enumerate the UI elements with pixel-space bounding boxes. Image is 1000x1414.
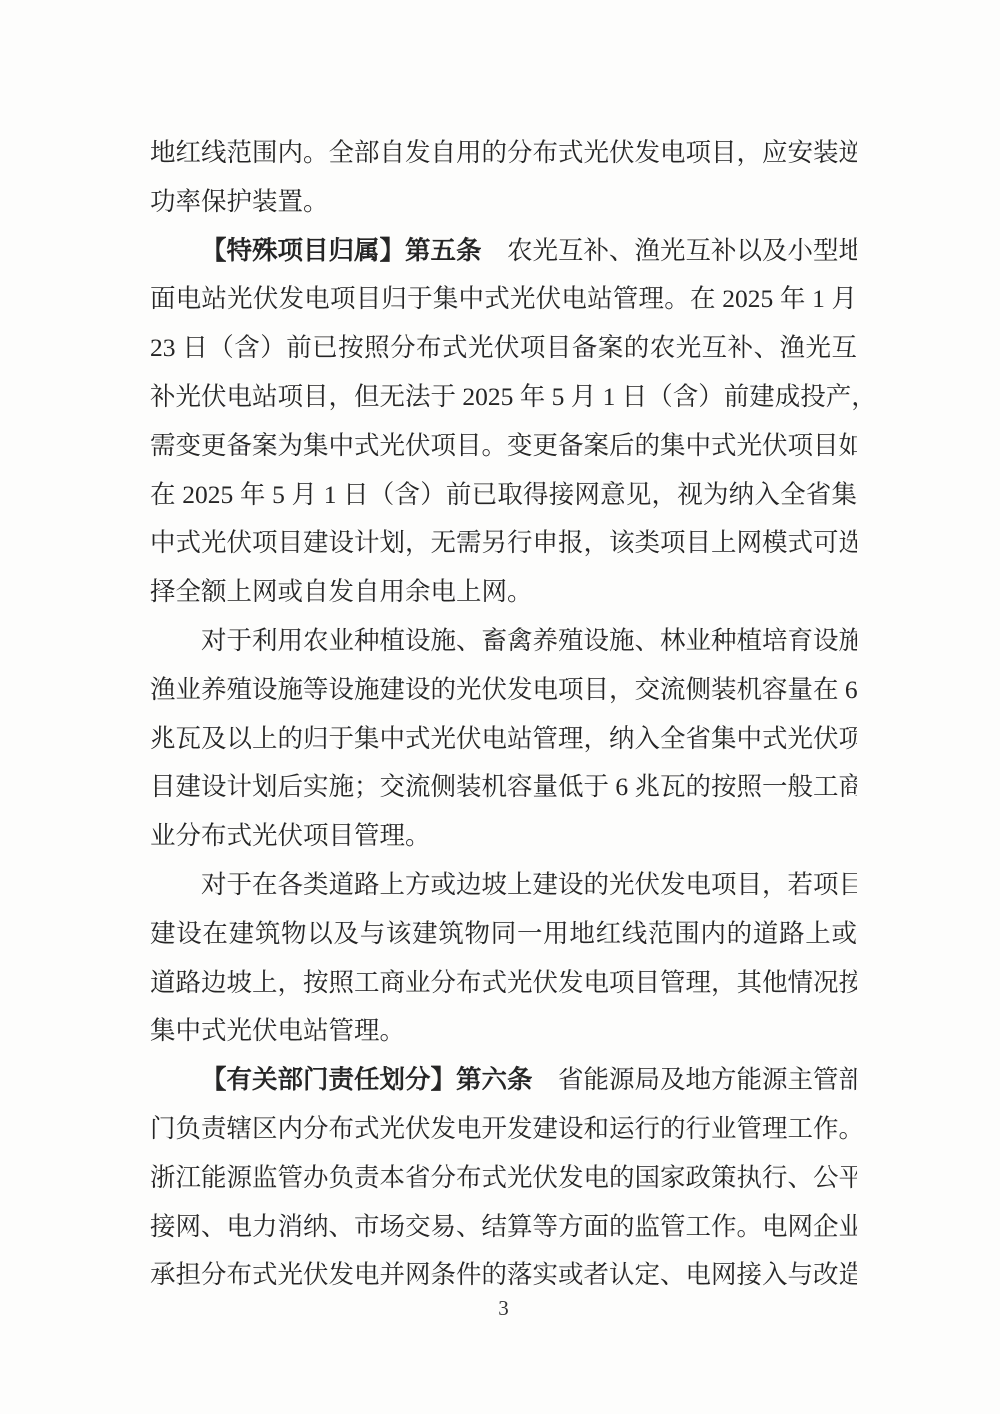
text-line: 地红线范围内。全部自发自用的分布式光伏发电项目，应安装逆 bbox=[150, 129, 857, 178]
text-line: 业分布式光伏项目管理。 bbox=[150, 812, 857, 861]
text-line: 接网、电力消纳、市场交易、结算等方面的监管工作。电网企业 bbox=[150, 1203, 857, 1252]
text-line: 承担分布式光伏发电并网条件的落实或者认定、电网接入与改造 bbox=[150, 1251, 857, 1300]
text-segment: 目建设计划后实施；交流侧装机容量低于 6 兆瓦的按照一般工商 bbox=[150, 772, 857, 801]
page-footer: 3 bbox=[150, 1296, 857, 1321]
text-line: 浙江能源监管办负责本省分布式光伏发电的国家政策执行、公平 bbox=[150, 1154, 857, 1203]
text-line: 建设在建筑物以及与该建筑物同一用地红线范围内的道路上或 bbox=[150, 910, 857, 959]
text-segment: 对于利用农业种植设施、畜禽养殖设施、林业种植培育设施、 bbox=[201, 626, 857, 655]
text-line: 对于在各类道路上方或边坡上建设的光伏发电项目，若项目 bbox=[150, 861, 857, 910]
text-line: 【有关部门责任划分】第六条 省能源局及地方能源主管部 bbox=[150, 1056, 857, 1105]
text-segment: 在 2025 年 5 月 1 日（含）前已取得接网意见，视为纳入全省集 bbox=[150, 480, 857, 509]
text-segment: 建设在建筑物以及与该建筑物同一用地红线范围内的道路上或 bbox=[150, 919, 857, 948]
text-segment: 渔业养殖设施等设施建设的光伏发电项目，交流侧装机容量在 6 bbox=[150, 675, 857, 704]
text-segment: 中式光伏项目建设计划，无需另行申报，该类项目上网模式可选 bbox=[150, 528, 857, 557]
text-segment: 道路边坡上，按照工商业分布式光伏发电项目管理，其他情况按 bbox=[150, 968, 857, 997]
text-segment: 23 日（含）前已按照分布式光伏项目备案的农光互补、渔光互 bbox=[150, 333, 857, 362]
text-line: 补光伏电站项目，但无法于 2025 年 5 月 1 日（含）前建成投产， bbox=[150, 373, 857, 422]
text-line: 择全额上网或自发自用余电上网。 bbox=[150, 568, 857, 617]
text-segment: 浙江能源监管办负责本省分布式光伏发电的国家政策执行、公平 bbox=[150, 1163, 857, 1192]
text-line: 门负责辖区内分布式光伏发电开发建设和运行的行业管理工作。 bbox=[150, 1105, 857, 1154]
text-line: 在 2025 年 5 月 1 日（含）前已取得接网意见，视为纳入全省集 bbox=[150, 471, 857, 520]
text-segment: 门负责辖区内分布式光伏发电开发建设和运行的行业管理工作。 bbox=[150, 1114, 857, 1143]
text-segment: 集中式光伏电站管理。 bbox=[150, 1016, 405, 1045]
text-line: 目建设计划后实施；交流侧装机容量低于 6 兆瓦的按照一般工商 bbox=[150, 763, 857, 812]
text-line: 中式光伏项目建设计划，无需另行申报，该类项目上网模式可选 bbox=[150, 519, 857, 568]
text-line: 23 日（含）前已按照分布式光伏项目备案的农光互补、渔光互 bbox=[150, 324, 857, 373]
text-segment: 功率保护装置。 bbox=[150, 187, 329, 216]
text-line: 集中式光伏电站管理。 bbox=[150, 1007, 857, 1056]
text-segment: 兆瓦及以上的归于集中式光伏电站管理，纳入全省集中式光伏项 bbox=[150, 724, 857, 753]
text-segment: 面电站光伏发电项目归于集中式光伏电站管理。在 2025 年 1 月 bbox=[150, 284, 857, 313]
document-content: 地红线范围内。全部自发自用的分布式光伏发电项目，应安装逆功率保护装置。【特殊项目… bbox=[150, 129, 857, 1300]
text-line: 需变更备案为集中式光伏项目。变更备案后的集中式光伏项目如 bbox=[150, 422, 857, 471]
text-segment: 择全额上网或自发自用余电上网。 bbox=[150, 577, 533, 606]
text-line: 面电站光伏发电项目归于集中式光伏电站管理。在 2025 年 1 月 bbox=[150, 275, 857, 324]
page-number: 3 bbox=[498, 1296, 509, 1320]
text-segment: 业分布式光伏项目管理。 bbox=[150, 821, 431, 850]
clause-heading: 【有关部门责任划分】第六条 bbox=[201, 1065, 533, 1094]
document-page: 地红线范围内。全部自发自用的分布式光伏发电项目，应安装逆功率保护装置。【特殊项目… bbox=[0, 0, 1000, 1414]
text-segment: 接网、电力消纳、市场交易、结算等方面的监管工作。电网企业 bbox=[150, 1212, 857, 1241]
text-line: 道路边坡上，按照工商业分布式光伏发电项目管理，其他情况按 bbox=[150, 959, 857, 1008]
text-segment: 补光伏电站项目，但无法于 2025 年 5 月 1 日（含）前建成投产， bbox=[150, 382, 857, 411]
text-segment: 承担分布式光伏发电并网条件的落实或者认定、电网接入与改造 bbox=[150, 1260, 857, 1289]
text-segment: 对于在各类道路上方或边坡上建设的光伏发电项目，若项目 bbox=[201, 870, 857, 899]
text-segment: 需变更备案为集中式光伏项目。变更备案后的集中式光伏项目如 bbox=[150, 431, 857, 460]
text-line: 对于利用农业种植设施、畜禽养殖设施、林业种植培育设施、 bbox=[150, 617, 857, 666]
text-segment: 地红线范围内。全部自发自用的分布式光伏发电项目，应安装逆 bbox=[150, 138, 857, 167]
text-segment: 省能源局及地方能源主管部 bbox=[533, 1065, 857, 1094]
text-line: 【特殊项目归属】第五条 农光互补、渔光互补以及小型地 bbox=[150, 227, 857, 276]
text-line: 渔业养殖设施等设施建设的光伏发电项目，交流侧装机容量在 6 bbox=[150, 666, 857, 715]
text-line: 兆瓦及以上的归于集中式光伏电站管理，纳入全省集中式光伏项 bbox=[150, 715, 857, 764]
clause-heading: 【特殊项目归属】第五条 bbox=[201, 236, 482, 265]
text-segment: 农光互补、渔光互补以及小型地 bbox=[482, 236, 857, 265]
text-line: 功率保护装置。 bbox=[150, 178, 857, 227]
